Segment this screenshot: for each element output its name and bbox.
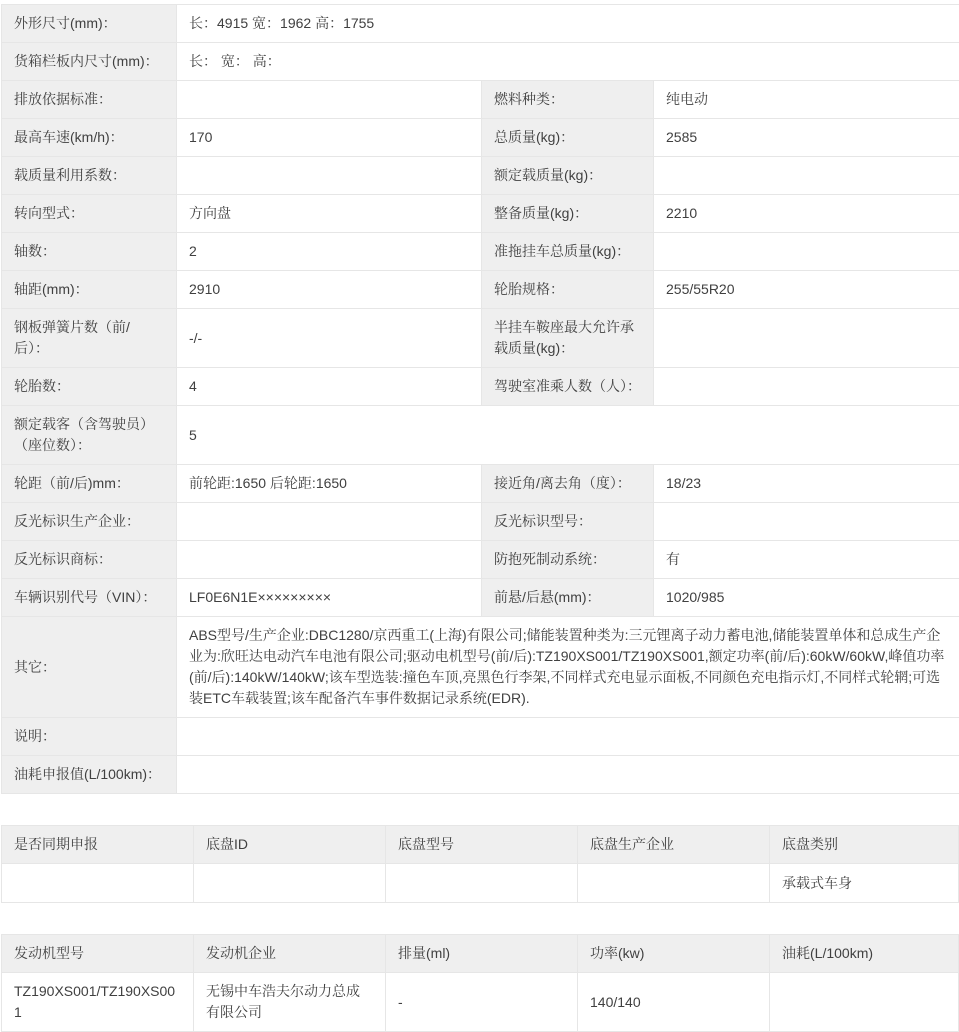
engine-value-cell: TZ190XS001/TZ190XS001 bbox=[2, 973, 194, 1032]
spec-value-cell: 前轮距:1650 后轮距:1650 bbox=[177, 465, 482, 503]
spec-row: 轮胎数： 4 驾驶室准乘人数（人）： bbox=[2, 368, 959, 406]
spec-label-cell: 防抱死制动系统： bbox=[482, 541, 654, 579]
chassis-header-cell: 底盘类别 bbox=[770, 826, 959, 864]
spec-label-cell: 反光标识商标： bbox=[2, 541, 177, 579]
spec-label-cell: 准拖挂车总质量(kg)： bbox=[482, 233, 654, 271]
spec-row: 轴距(mm)： 2910 轮胎规格： 255/55R20 bbox=[2, 271, 959, 309]
spec-value-cell bbox=[177, 718, 959, 756]
spec-row-other: 其它： ABS型号/生产企业:DBC1280/京西重工(上海)有限公司;储能装置… bbox=[2, 617, 959, 718]
chassis-value-cell bbox=[386, 864, 578, 903]
spec-label-cell: 燃料种类： bbox=[482, 81, 654, 119]
chassis-header-row: 是否同期申报 底盘ID 底盘型号 底盘生产企业 底盘类别 bbox=[2, 826, 959, 864]
spec-label-cell: 半挂车鞍座最大允许承载质量(kg)： bbox=[482, 309, 654, 368]
spec-value-cell bbox=[177, 541, 482, 579]
spec-value-cell: LF0E6N1E××××××××× bbox=[177, 579, 482, 617]
chassis-value-cell bbox=[2, 864, 194, 903]
spec-value-cell: 纯电动 bbox=[654, 81, 959, 119]
engine-header-row: 发动机型号 发动机企业 排量(ml) 功率(kw) 油耗(L/100km) bbox=[2, 935, 959, 973]
spec-label-cell: 反光标识生产企业： bbox=[2, 503, 177, 541]
spec-value-cell bbox=[654, 309, 959, 368]
spec-value-cell bbox=[177, 81, 482, 119]
spec-value-cell bbox=[177, 503, 482, 541]
engine-header-cell: 油耗(L/100km) bbox=[770, 935, 959, 973]
spec-label-cell: 转向型式： bbox=[2, 195, 177, 233]
spec-row: 钢板弹簧片数（前/后）： -/- 半挂车鞍座最大允许承载质量(kg)： bbox=[2, 309, 959, 368]
spec-value-cell: 18/23 bbox=[654, 465, 959, 503]
spec-row: 货箱栏板内尺寸(mm)： 长： 宽： 高： bbox=[2, 43, 959, 81]
chassis-header-cell: 底盘生产企业 bbox=[578, 826, 770, 864]
spec-value-cell: 长： 宽： 高： bbox=[177, 43, 959, 81]
engine-value-cell bbox=[770, 973, 959, 1032]
spec-label-cell: 其它： bbox=[2, 617, 177, 718]
chassis-value-cell: 承载式车身 bbox=[770, 864, 959, 903]
spec-label-cell: 额定载质量(kg)： bbox=[482, 157, 654, 195]
spec-row: 说明： bbox=[2, 718, 959, 756]
spec-label-cell: 总质量(kg)： bbox=[482, 119, 654, 157]
spec-row: 反光标识生产企业： 反光标识型号： bbox=[2, 503, 959, 541]
spec-value-cell: 有 bbox=[654, 541, 959, 579]
spec-label-cell: 外形尺寸(mm)： bbox=[2, 5, 177, 43]
spec-row: 油耗申报值(L/100km)： bbox=[2, 756, 959, 794]
spec-value-cell: 方向盘 bbox=[177, 195, 482, 233]
spec-label-cell: 驾驶室准乘人数（人）： bbox=[482, 368, 654, 406]
engine-header-cell: 发动机型号 bbox=[2, 935, 194, 973]
spec-row: 载质量利用系数： 额定载质量(kg)： bbox=[2, 157, 959, 195]
spec-label-cell: 最高车速(km/h)： bbox=[2, 119, 177, 157]
spec-value-cell: 2585 bbox=[654, 119, 959, 157]
spec-label-cell: 说明： bbox=[2, 718, 177, 756]
spec-value-cell bbox=[654, 503, 959, 541]
chassis-header-cell: 底盘型号 bbox=[386, 826, 578, 864]
spec-row: 转向型式： 方向盘 整备质量(kg)： 2210 bbox=[2, 195, 959, 233]
chassis-header-cell: 是否同期申报 bbox=[2, 826, 194, 864]
engine-value-cell: 无锡中车浩夫尔动力总成有限公司 bbox=[194, 973, 386, 1032]
spec-label-cell: 载质量利用系数： bbox=[2, 157, 177, 195]
spec-value-cell: 长：4915 宽：1962 高：1755 bbox=[177, 5, 959, 43]
spec-row: 排放依据标准： 燃料种类： 纯电动 bbox=[2, 81, 959, 119]
engine-value-cell: 140/140 bbox=[578, 973, 770, 1032]
spec-label-cell: 接近角/离去角（度）： bbox=[482, 465, 654, 503]
spec-row: 最高车速(km/h)： 170 总质量(kg)： 2585 bbox=[2, 119, 959, 157]
chassis-header-cell: 底盘ID bbox=[194, 826, 386, 864]
spec-label-cell: 前悬/后悬(mm)： bbox=[482, 579, 654, 617]
spec-value-cell: 255/55R20 bbox=[654, 271, 959, 309]
spec-row: 车辆识别代号（VIN）： LF0E6N1E××××××××× 前悬/后悬(mm)… bbox=[2, 579, 959, 617]
engine-header-cell: 功率(kw) bbox=[578, 935, 770, 973]
spec-row: 反光标识商标： 防抱死制动系统： 有 bbox=[2, 541, 959, 579]
spec-value-cell: 4 bbox=[177, 368, 482, 406]
spec-value-cell bbox=[177, 756, 959, 794]
spec-label-cell: 轮胎规格： bbox=[482, 271, 654, 309]
spec-label-cell: 轮距（前/后)mm： bbox=[2, 465, 177, 503]
engine-header-cell: 排量(ml) bbox=[386, 935, 578, 973]
chassis-value-cell bbox=[194, 864, 386, 903]
spec-row: 轮距（前/后)mm： 前轮距:1650 后轮距:1650 接近角/离去角（度）：… bbox=[2, 465, 959, 503]
engine-table: 发动机型号 发动机企业 排量(ml) 功率(kw) 油耗(L/100km) TZ… bbox=[1, 934, 959, 1032]
chassis-data-row: 承载式车身 bbox=[2, 864, 959, 903]
spec-label-cell: 反光标识型号： bbox=[482, 503, 654, 541]
table-gap bbox=[0, 903, 959, 934]
engine-value-cell: - bbox=[386, 973, 578, 1032]
vehicle-spec-page: 外形尺寸(mm)： 长：4915 宽：1962 高：1755 货箱栏板内尺寸(m… bbox=[0, 0, 959, 1032]
table-gap bbox=[0, 794, 959, 825]
spec-value-cell: 5 bbox=[177, 406, 959, 465]
engine-header-cell: 发动机企业 bbox=[194, 935, 386, 973]
spec-value-cell: 170 bbox=[177, 119, 482, 157]
spec-label-cell: 轮胎数： bbox=[2, 368, 177, 406]
chassis-table: 是否同期申报 底盘ID 底盘型号 底盘生产企业 底盘类别 承载式车身 bbox=[1, 825, 959, 903]
engine-data-row: TZ190XS001/TZ190XS001 无锡中车浩夫尔动力总成有限公司 - … bbox=[2, 973, 959, 1032]
spec-label-cell: 轴距(mm)： bbox=[2, 271, 177, 309]
spec-value-cell: 2210 bbox=[654, 195, 959, 233]
spec-value-cell bbox=[654, 157, 959, 195]
spec-label-cell: 整备质量(kg)： bbox=[482, 195, 654, 233]
spec-label-cell: 排放依据标准： bbox=[2, 81, 177, 119]
spec-label-cell: 额定载客（含驾驶员）（座位数）： bbox=[2, 406, 177, 465]
spec-value-cell: ABS型号/生产企业:DBC1280/京西重工(上海)有限公司;储能装置种类为:… bbox=[177, 617, 959, 718]
spec-row: 外形尺寸(mm)： 长：4915 宽：1962 高：1755 bbox=[2, 5, 959, 43]
spec-label-cell: 轴数： bbox=[2, 233, 177, 271]
spec-value-cell: 1020/985 bbox=[654, 579, 959, 617]
spec-table: 外形尺寸(mm)： 长：4915 宽：1962 高：1755 货箱栏板内尺寸(m… bbox=[1, 4, 959, 794]
spec-value-cell: 2910 bbox=[177, 271, 482, 309]
spec-value-cell bbox=[654, 368, 959, 406]
spec-value-cell: 2 bbox=[177, 233, 482, 271]
chassis-value-cell bbox=[578, 864, 770, 903]
spec-value-cell bbox=[177, 157, 482, 195]
spec-label-cell: 钢板弹簧片数（前/后）： bbox=[2, 309, 177, 368]
spec-label-cell: 油耗申报值(L/100km)： bbox=[2, 756, 177, 794]
spec-value-cell: -/- bbox=[177, 309, 482, 368]
spec-row: 轴数： 2 准拖挂车总质量(kg)： bbox=[2, 233, 959, 271]
spec-label-cell: 货箱栏板内尺寸(mm)： bbox=[2, 43, 177, 81]
spec-label-cell: 车辆识别代号（VIN）： bbox=[2, 579, 177, 617]
spec-row: 额定载客（含驾驶员）（座位数）： 5 bbox=[2, 406, 959, 465]
spec-value-cell bbox=[654, 233, 959, 271]
